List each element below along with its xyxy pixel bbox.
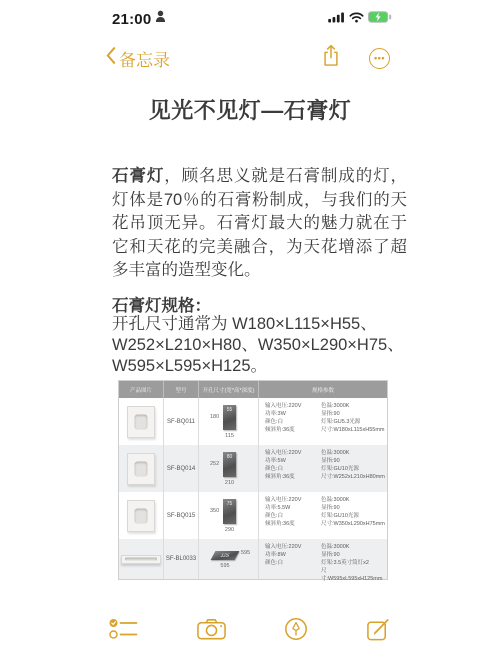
opening-size-cell: 252 80 210 [199,445,259,492]
product-image-cell [119,445,164,492]
specs-cell: 输入电压:220V 功率:5.5W 颜色:白 倾斜角:36度 色温:3000K … [259,492,387,539]
dim-depth-label: 80 [223,454,236,460]
spec-section-heading: 石膏灯规格： [112,292,211,316]
nav-bar: 备忘录 ••• [95,44,405,72]
table-header-row: 产品图片 型号 开孔尺寸(宽*高*深度) 规格参数 [119,381,387,398]
status-bar: 21:00 [95,8,407,30]
specs-right-column: 色温:3000K 显指:90 灯架:GU10光源 尺寸:W350xL290xH7… [321,496,385,528]
back-label: 备忘录 [119,46,170,71]
spec-line: 输入电压:220V [265,543,321,551]
battery-charging-icon [368,10,392,28]
spec-line: 输入电压:220V [265,449,321,457]
note-title: 见光不见灯—石膏灯 [95,94,405,125]
dim-width-label: 210 [223,480,236,486]
spec-line: 输入电压:220V [265,496,321,504]
product-image-cell [119,398,164,445]
back-button[interactable]: 备忘录 [105,46,170,71]
spec-line: 显指:90 [321,410,385,418]
wifi-icon [349,10,364,28]
dim-depth-label: 125 [211,553,238,559]
clock: 21:00 [112,11,151,28]
product-image [127,500,155,532]
product-image [127,453,155,485]
more-ellipsis-icon[interactable]: ••• [369,48,390,69]
lamp-recess [125,558,157,561]
spec-line: 尺寸:W350xL290xH75mm [321,520,385,528]
checklist-icon[interactable] [109,618,139,640]
spec-line: 功率:5W [265,457,321,465]
product-image-cell [119,492,164,539]
spec-line: 色温:3000K [321,496,385,504]
dimension-diagram: 125 595 595 [199,539,258,579]
share-icon[interactable] [321,43,341,73]
model-cell: SF-BQ015 [164,492,199,539]
spec-line: 显指:90 [321,457,385,465]
paragraph-lead: 石膏灯 [112,167,164,185]
model-cell: SF-BQ014 [164,445,199,492]
spec-line: 灯架:GU10光源 [321,512,385,520]
compose-icon[interactable] [366,617,391,642]
spec-section-text: 开孔尺寸通常为 W180×L115×H55、W252×L210×H80、W350… [112,314,412,377]
spec-line: 灯架:GU10光源 [321,465,385,473]
header-model: 型号 [164,381,199,398]
header-opening-size: 开孔尺寸(宽*高*深度) [199,381,259,398]
product-spec-table: 产品图片 型号 开孔尺寸(宽*高*深度) 规格参数 SF-BQ011 180 5… [118,380,388,580]
back-chevron-icon [105,46,116,70]
spec-line: 显指:90 [321,551,385,559]
lamp-recess [135,508,148,523]
dim-side-label: 595 [241,550,250,556]
specs-cell: 输入电压:220V 功率:3W 颜色:白 倾斜角:36度 色温:3000K 显指… [259,398,387,445]
dimension-diagram: 180 55 115 [199,398,258,445]
model-cell: SF-BL0033 [164,539,199,579]
lamp-profile-shape: 75 [223,499,236,524]
lamp-recess [135,461,148,476]
spec-line: 倾斜角:36度 [265,426,321,434]
dim-height-label: 252 [210,461,219,467]
spec-line: 色温:3000K [321,449,385,457]
dim-height-label: 180 [210,414,219,420]
spec-line: 功率:3W [265,410,321,418]
dim-width-label: 290 [223,527,236,533]
spec-line: 灯架:GU5.3光源 [321,418,385,426]
spec-line: 尺寸:W252xL210xH80mm [321,473,385,481]
table-body: SF-BQ011 180 55 115 输入电压:220V 功率:3W 颜色:白… [119,398,387,579]
spec-line: 颜色:白 [265,418,321,426]
spec-line: 色温:3000K [321,402,385,410]
camera-icon[interactable] [197,618,226,640]
specs-right-column: 色温:3000K 显指:90 灯架:3.5英寸筒灯x2 尺寸:W595xL595… [321,543,385,583]
product-image [127,406,155,438]
specs-cell: 输入电压:220V 功率:8W 颜色:白 色温:3000K 显指:90 灯架:3… [259,539,387,579]
specs-left-column: 输入电压:220V 功率:3W 颜色:白 倾斜角:36度 [265,402,321,434]
spec-line: 显指:90 [321,504,385,512]
opening-size-cell: 350 75 290 [199,492,259,539]
spec-line: 功率:5.5W [265,504,321,512]
bottom-toolbar [95,608,405,650]
lamp-profile-shape: 80 [223,452,236,477]
spec-line: 倾斜角:36度 [265,520,321,528]
note-paragraph: 石膏灯，顾名思义就是石膏制成的灯，灯体是70％的石膏粉制成，与我们的天花吊顶无异… [112,165,407,283]
table-row: SF-BQ014 252 80 210 输入电压:220V 功率:5W 颜色:白… [119,445,387,492]
dim-depth-label: 55 [223,407,236,413]
model-cell: SF-BQ011 [164,398,199,445]
spec-line: 灯架:3.5英寸筒灯x2 [321,559,385,567]
person-icon [155,10,166,28]
spec-line: 颜色:白 [265,559,321,567]
spec-line: 颜色:白 [265,512,321,520]
spec-line: 倾斜角:36度 [265,473,321,481]
dim-width-label: 595 [215,563,235,569]
notes-app-screen: 21:00 备忘录 [0,0,500,653]
spec-line: 色温:3000K [321,543,385,551]
spec-line: 尺寸:W180xL115xH55mm [321,426,385,434]
table-row: SF-BQ011 180 55 115 输入电压:220V 功率:3W 颜色:白… [119,398,387,445]
product-image-cell [119,539,164,579]
dim-depth-label: 75 [223,501,236,507]
lamp-profile-shape: 125 [211,551,240,560]
spec-line: 颜色:白 [265,465,321,473]
specs-cell: 输入电压:220V 功率:5W 颜色:白 倾斜角:36度 色温:3000K 显指… [259,445,387,492]
table-row: SF-BQ015 350 75 290 输入电压:220V 功率:5.5W 颜色… [119,492,387,539]
specs-right-column: 色温:3000K 显指:90 灯架:GU5.3光源 尺寸:W180xL115xH… [321,402,385,434]
lamp-recess [135,414,148,429]
specs-left-column: 输入电压:220V 功率:5W 颜色:白 倾斜角:36度 [265,449,321,481]
dim-height-label: 350 [210,508,219,514]
specs-left-column: 输入电压:220V 功率:5.5W 颜色:白 倾斜角:36度 [265,496,321,528]
table-row: SF-BL0033 125 595 595 输入电压:220V 功率:8W 颜色… [119,539,387,579]
dimension-diagram: 252 80 210 [199,445,258,492]
opening-size-cell: 180 55 115 [199,398,259,445]
header-product-image: 产品图片 [119,381,164,398]
dim-width-label: 115 [223,433,236,439]
markup-icon[interactable] [284,617,308,641]
signal-icon [328,10,345,28]
header-specs: 规格参数 [259,381,387,398]
spec-line: 功率:8W [265,551,321,559]
dimension-diagram: 350 75 290 [199,492,258,539]
specs-right-column: 色温:3000K 显指:90 灯架:GU10光源 尺寸:W252xL210xH8… [321,449,385,481]
specs-left-column: 输入电压:220V 功率:8W 颜色:白 [265,543,321,567]
spec-line: 尺寸:W595xL595xH125mm [321,567,385,583]
opening-size-cell: 125 595 595 [199,539,259,579]
spec-line: 输入电压:220V [265,402,321,410]
lamp-profile-shape: 55 [223,405,236,430]
product-image [121,555,161,564]
